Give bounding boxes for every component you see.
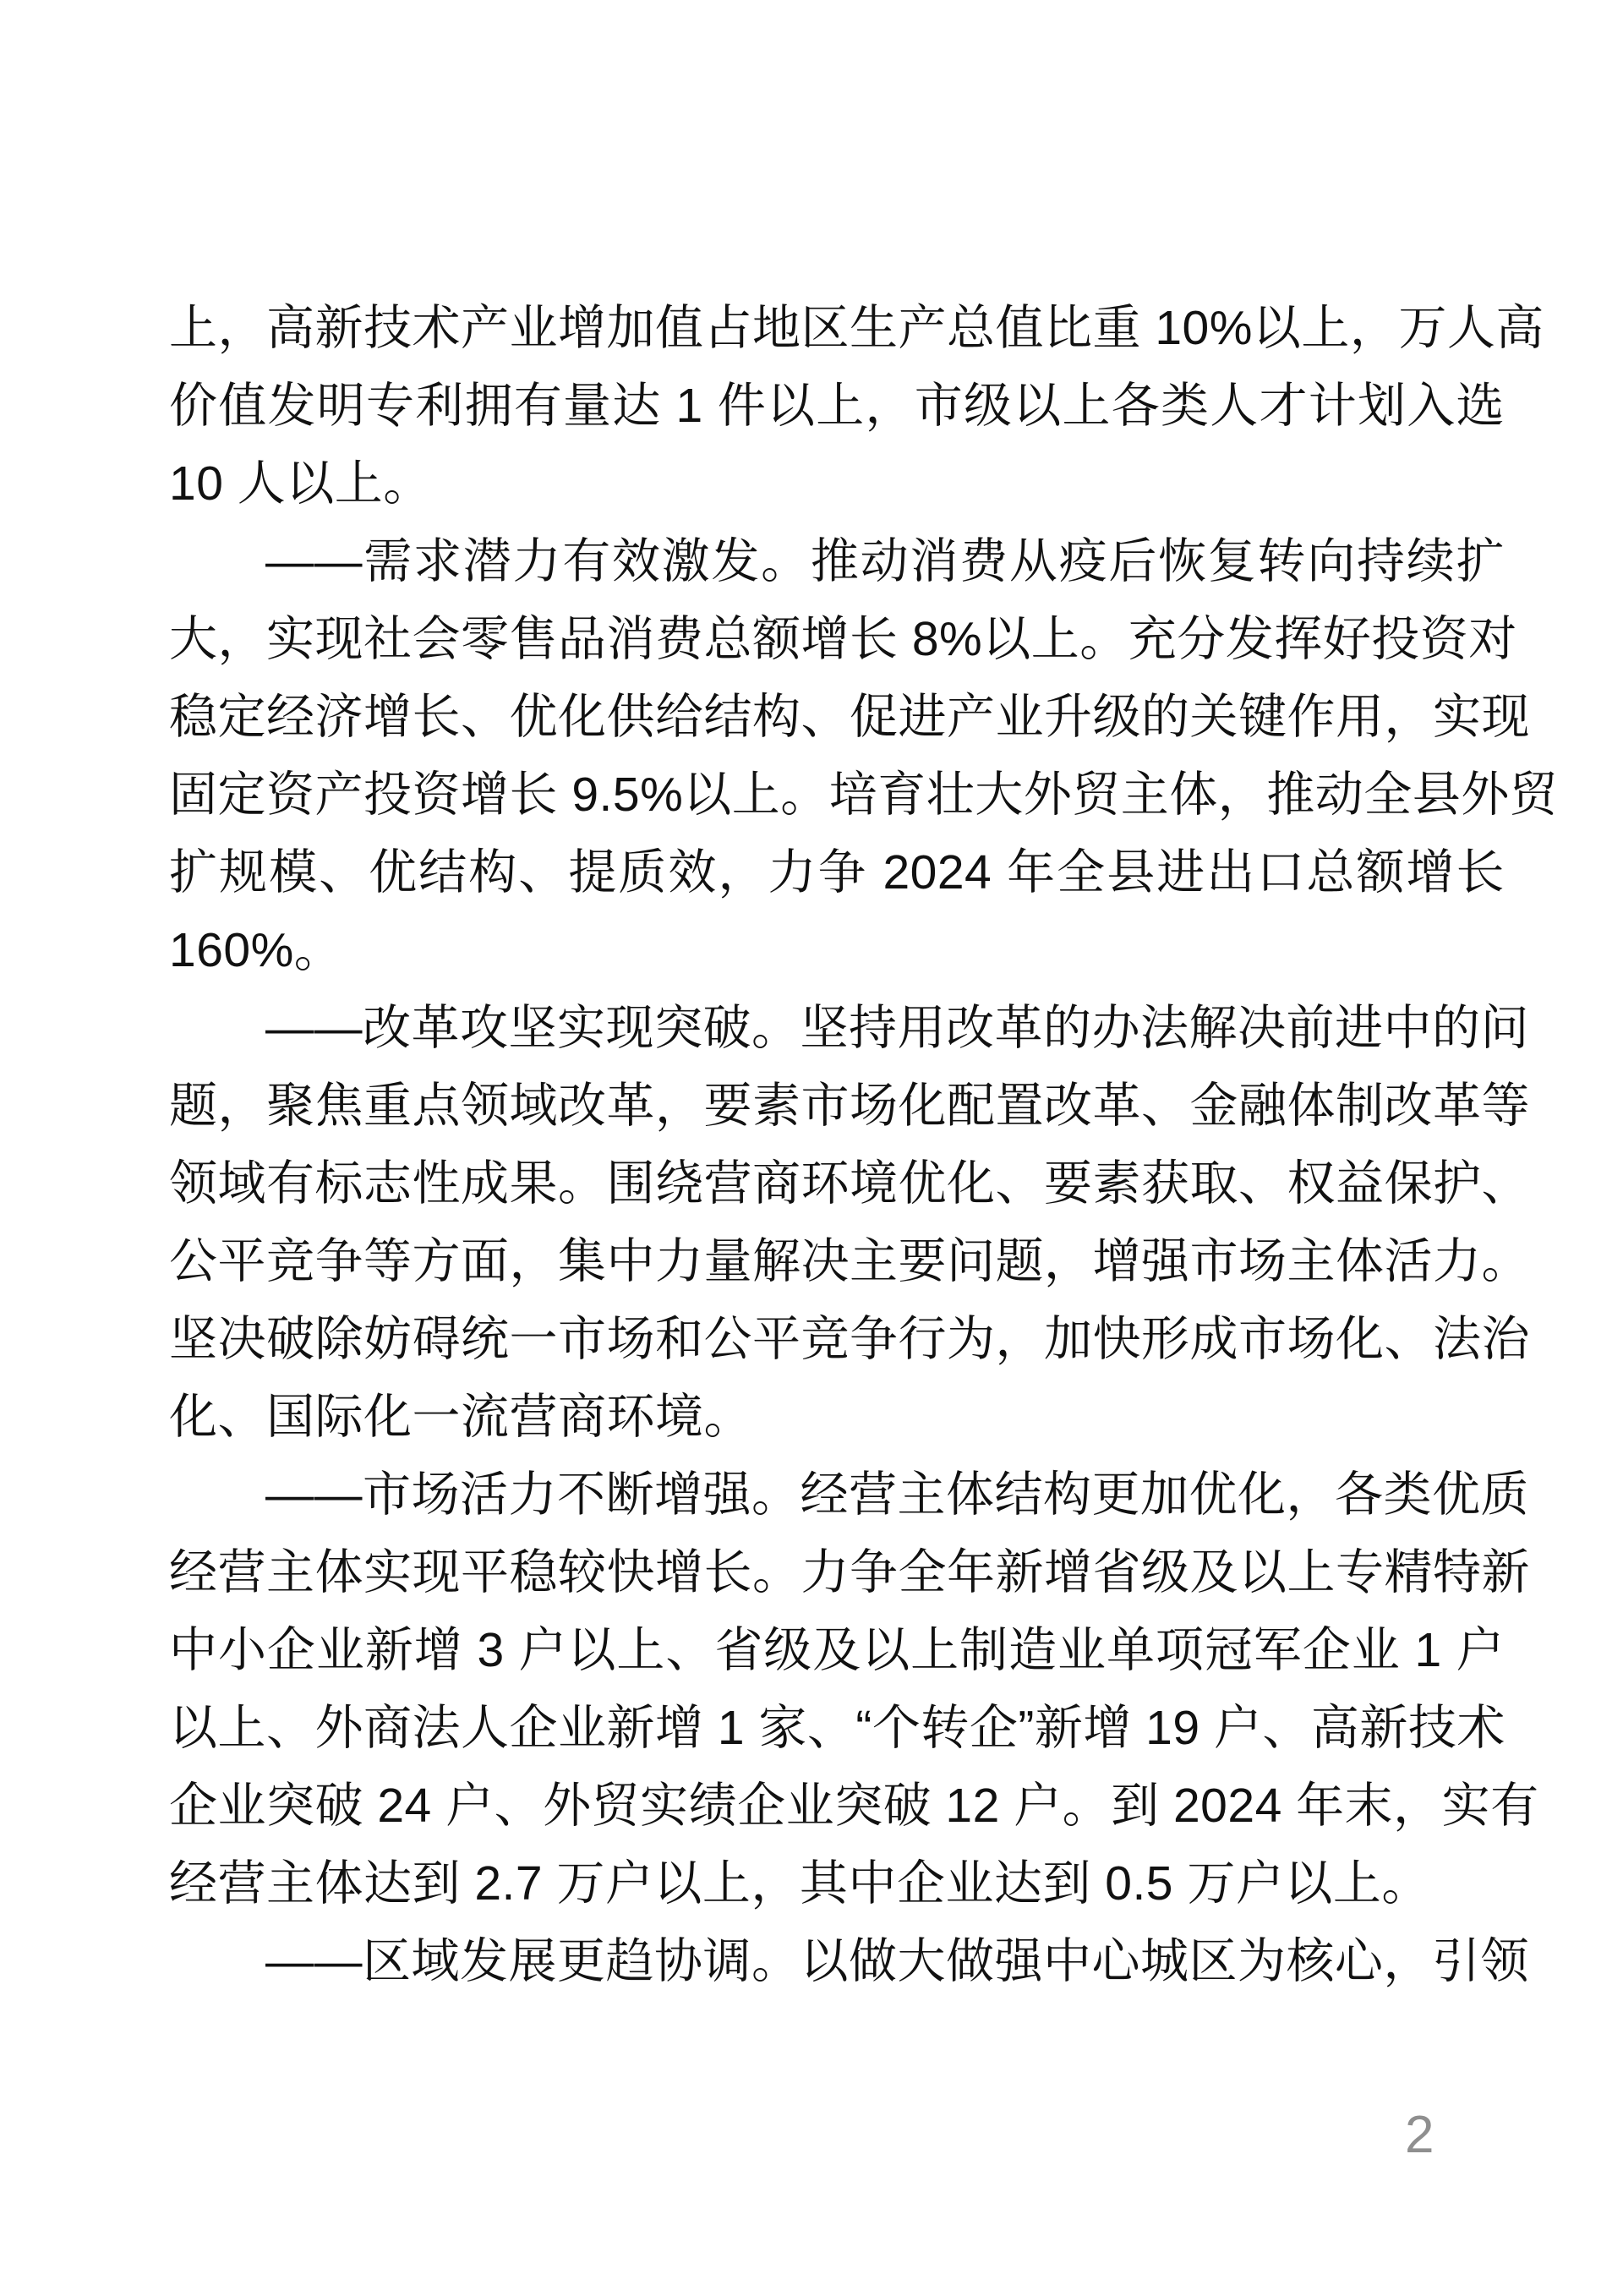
text-line: 价值发明专利拥有量达 1 件以上，市级以上各类人才计划入选 <box>169 367 1505 445</box>
text-line: 中小企业新增 3 户以上、省级及以上制造业单项冠军企业 1 户 <box>169 1611 1505 1689</box>
text-line: 上，高新技术产业增加值占地区生产总值比重 10%以上，万人高 <box>169 289 1505 367</box>
paragraph-reform-breakthrough: ——改革攻坚实现突破。坚持用改革的办法解决前进中的问 题，聚焦重点领域改革，要素… <box>169 989 1505 1456</box>
text-line: 扩规模、优结构、提质效，力争 2024 年全县进出口总额增长 <box>169 834 1505 911</box>
text-line: 稳定经济增长、优化供给结构、促进产业升级的关键作用，实现 <box>169 678 1505 756</box>
paragraph-market-vitality: ——市场活力不断增强。经营主体结构更加优化，各类优质 经营主体实现平稳较快增长。… <box>169 1456 1505 1922</box>
text-line: 160%。 <box>169 911 1505 989</box>
text-line: 化、国际化一流营商环境。 <box>169 1378 1505 1456</box>
text-line: 公平竞争等方面，集中力量解决主要问题，增强市场主体活力。 <box>169 1222 1505 1300</box>
text-line: 固定资产投资增长 9.5%以上。培育壮大外贸主体，推动全县外贸 <box>169 756 1505 834</box>
text-line: 10 人以上。 <box>169 445 1505 522</box>
text-line: ——需求潜力有效激发。推动消费从疫后恢复转向持续扩 <box>169 522 1505 600</box>
page-number: 2 <box>1405 2102 1473 2169</box>
paragraph-demand-potential: ——需求潜力有效激发。推动消费从疫后恢复转向持续扩 大，实现社会零售品消费总额增… <box>169 522 1505 989</box>
text-line: 大，实现社会零售品消费总额增长 8%以上。充分发挥好投资对 <box>169 600 1505 678</box>
paragraph-continued-targets: 上，高新技术产业增加值占地区生产总值比重 10%以上，万人高 价值发明专利拥有量… <box>169 289 1505 522</box>
text-line: 企业突破 24 户、外贸实绩企业突破 12 户。到 2024 年末，实有 <box>169 1767 1505 1845</box>
text-line: ——市场活力不断增强。经营主体结构更加优化，各类优质 <box>169 1456 1505 1533</box>
document-body: 上，高新技术产业增加值占地区生产总值比重 10%以上，万人高 价值发明专利拥有量… <box>169 289 1505 2000</box>
text-line: 坚决破除妨碍统一市场和公平竞争行为，加快形成市场化、法治 <box>169 1300 1505 1378</box>
text-line: ——区域发展更趋协调。以做大做强中心城区为核心，引领 <box>169 1922 1505 2000</box>
paragraph-regional-development: ——区域发展更趋协调。以做大做强中心城区为核心，引领 <box>169 1922 1505 2000</box>
text-line: 领域有标志性成果。围绕营商环境优化、要素获取、权益保护、 <box>169 1145 1505 1222</box>
text-line: 经营主体达到 2.7 万户以上，其中企业达到 0.5 万户以上。 <box>169 1845 1505 1922</box>
text-line: 题，聚焦重点领域改革，要素市场化配置改革、金融体制改革等 <box>169 1067 1505 1145</box>
text-line: 以上、外商法人企业新增 1 家、“个转企”新增 19 户、高新技术 <box>169 1689 1505 1767</box>
text-line: ——改革攻坚实现突破。坚持用改革的办法解决前进中的问 <box>169 989 1505 1067</box>
text-line: 经营主体实现平稳较快增长。力争全年新增省级及以上专精特新 <box>169 1533 1505 1611</box>
document-page: 上，高新技术产业增加值占地区生产总值比重 10%以上，万人高 价值发明专利拥有量… <box>0 0 1623 2296</box>
